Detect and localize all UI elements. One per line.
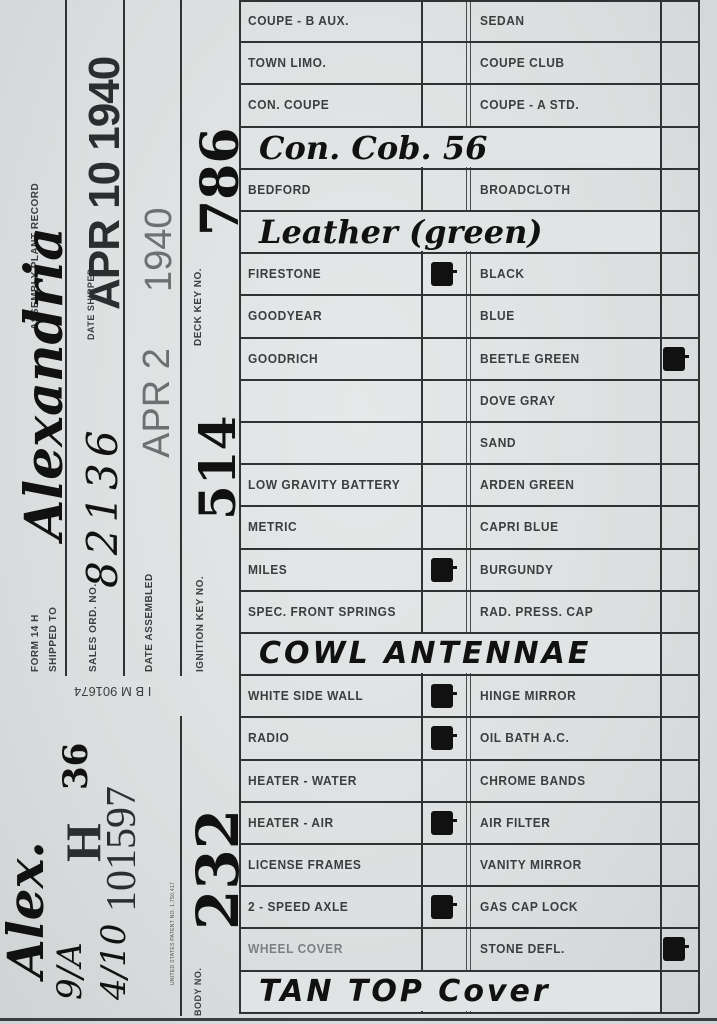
patent-notice: UNITED STATES PATENT NO. 1,750,417 xyxy=(170,882,176,985)
option-label-right: VANITY MIRROR xyxy=(480,844,582,886)
handwritten-entry: TAN TOP Cover xyxy=(259,971,551,1013)
shipped-to-label: SHIPPED TO xyxy=(48,607,59,672)
grid-row: MILESBURGUNDY xyxy=(239,549,699,591)
option-label-right: RAD. PRESS. CAP xyxy=(480,591,593,633)
option-label-right: HINGE MIRROR xyxy=(480,675,576,717)
option-label-left: GOODRICH xyxy=(248,338,318,380)
option-label-left: WHITE SIDE WALL xyxy=(248,675,363,717)
grid-column-rule xyxy=(239,0,241,1013)
grid-column-rule xyxy=(660,0,662,1013)
handwritten-36: 36 xyxy=(56,743,96,790)
punch-mark-right xyxy=(663,937,685,961)
date-shipped-value: APR 10 1940 xyxy=(80,57,130,310)
option-label-right: ARDEN GREEN xyxy=(480,464,574,506)
option-label-left: MILES xyxy=(248,549,287,591)
grid-row: HEATER - WATERCHROME BANDS xyxy=(239,760,699,802)
grid-row: Leather (green) xyxy=(239,211,699,253)
ignition-key-label: IGNITION KEY NO. xyxy=(195,576,206,672)
grid-row: COWL ANTENNAE xyxy=(239,633,699,675)
grid-row: DOVE GRAY xyxy=(239,380,699,422)
option-label-right: BLUE xyxy=(480,295,515,337)
option-label-left: 2 - SPEED AXLE xyxy=(248,886,348,928)
stamp-number: 101597 xyxy=(98,786,146,912)
punch-mark-left xyxy=(431,684,453,708)
punch-mark-left xyxy=(431,262,453,286)
grid-row: RADIOOIL BATH A.C. xyxy=(239,717,699,759)
body-no-label: BODY NO. xyxy=(193,968,204,1016)
handwritten-alex: Alex. xyxy=(0,841,55,978)
punch-mark-left xyxy=(431,811,453,835)
handwritten-prefix-1: 9/A xyxy=(50,942,90,1000)
option-label-right: AIR FILTER xyxy=(480,802,550,844)
option-label-left: COUPE - B AUX. xyxy=(248,0,349,42)
option-label-left: BEDFORD xyxy=(248,169,311,211)
option-label-right: COUPE - A STD. xyxy=(480,84,579,126)
grid-row: HEATER - AIRAIR FILTER xyxy=(239,802,699,844)
grid-row: TOWN LIMO.COUPE CLUB xyxy=(239,42,699,84)
grid-row: TAN TOP Cover xyxy=(239,971,699,1013)
option-label-right: STONE DEFL. xyxy=(480,928,565,970)
date-assembled-label: DATE ASSEMBLED xyxy=(144,573,155,672)
option-label-left: HEATER - AIR xyxy=(248,802,334,844)
punch-mark-left xyxy=(431,726,453,750)
handwritten-entry: Leather (green) xyxy=(259,211,543,253)
option-label-left: LICENSE FRAMES xyxy=(248,844,361,886)
handwritten-prefix-2: 4/10 xyxy=(94,924,134,1000)
grid-column-rule xyxy=(698,0,700,1013)
option-label-left: METRIC xyxy=(248,506,297,548)
handwritten-entry: Con. Cob. 56 xyxy=(259,127,487,169)
option-label-left: GOODYEAR xyxy=(248,295,322,337)
option-label-left: RADIO xyxy=(248,717,289,759)
grid-row: BEDFORDBROADCLOTH xyxy=(239,169,699,211)
option-label-right: BROADCLOTH xyxy=(480,169,571,211)
option-label-right: SEDAN xyxy=(480,0,525,42)
grid-row: FIRESTONEBLACK xyxy=(239,253,699,295)
form-number: FORM 14 H xyxy=(30,614,41,672)
deck-key-label: DECK KEY NO. xyxy=(193,268,204,346)
grid-top-rule xyxy=(239,0,699,2)
option-label-right: OIL BATH A.C. xyxy=(480,717,569,759)
grid-row: SPEC. FRONT SPRINGSRAD. PRESS. CAP xyxy=(239,591,699,633)
ibm-number: I B M 901674 xyxy=(74,684,151,699)
grid-row: Con. Cob. 56 xyxy=(239,127,699,169)
option-label-right: BURGUNDY xyxy=(480,549,554,591)
option-label-right: BEETLE GREEN xyxy=(480,338,580,380)
option-label-left: HEATER - WATER xyxy=(248,760,357,802)
punch-mark-left xyxy=(431,558,453,582)
option-label-right: SAND xyxy=(480,422,516,464)
option-label-right: GAS CAP LOCK xyxy=(480,886,578,928)
option-label-left: FIRESTONE xyxy=(248,253,321,295)
option-label-right: COUPE CLUB xyxy=(480,42,565,84)
option-label-right: CHROME BANDS xyxy=(480,760,586,802)
option-label-left: CON. COUPE xyxy=(248,84,329,126)
options-grid: COUPE - B AUX.SEDANTOWN LIMO.COUPE CLUBC… xyxy=(239,0,699,1014)
option-label-right: CAPRI BLUE xyxy=(480,506,559,548)
option-label-left: WHEEL COVER xyxy=(248,928,343,970)
year-stamp: 1940 xyxy=(138,207,181,292)
grid-row: WHEEL COVERSTONE DEFL. xyxy=(239,928,699,970)
assembly-plant-record-card: ASSEMBLY PLANT RECORD FORM 14 H SHIPPED … xyxy=(0,0,717,1024)
grid-row: COUPE - B AUX.SEDAN xyxy=(239,0,699,42)
sales-ord-value: 82136 xyxy=(78,424,127,588)
grid-row: 2 - SPEED AXLEGAS CAP LOCK xyxy=(239,886,699,928)
handwritten-entry: COWL ANTENNAE xyxy=(259,633,591,675)
option-label-right: DOVE GRAY xyxy=(480,380,556,422)
grid-row: WHITE SIDE WALLHINGE MIRROR xyxy=(239,675,699,717)
grid-row: GOODYEARBLUE xyxy=(239,295,699,337)
grid-row: LOW GRAVITY BATTERYARDEN GREEN xyxy=(239,464,699,506)
column-rule xyxy=(180,716,182,1016)
option-label-right: BLACK xyxy=(480,253,525,295)
grid-row: GOODRICHBEETLE GREEN xyxy=(239,338,699,380)
bottom-border xyxy=(0,1018,717,1021)
grid-row: CON. COUPECOUPE - A STD. xyxy=(239,84,699,126)
shipped-to-value: Alexandria xyxy=(14,227,75,540)
grid-row: METRICCAPRI BLUE xyxy=(239,506,699,548)
sales-ord-label: SALES ORD. NO. xyxy=(88,583,99,672)
option-label-left: TOWN LIMO. xyxy=(248,42,326,84)
option-label-left: LOW GRAVITY BATTERY xyxy=(248,464,400,506)
punch-mark-right xyxy=(663,347,685,371)
date-assembled-value: APR 2 xyxy=(136,348,179,458)
option-label-left: SPEC. FRONT SPRINGS xyxy=(248,591,396,633)
grid-row: LICENSE FRAMESVANITY MIRROR xyxy=(239,844,699,886)
grid-row: SAND xyxy=(239,422,699,464)
column-rule xyxy=(180,0,182,676)
punch-mark-left xyxy=(431,895,453,919)
